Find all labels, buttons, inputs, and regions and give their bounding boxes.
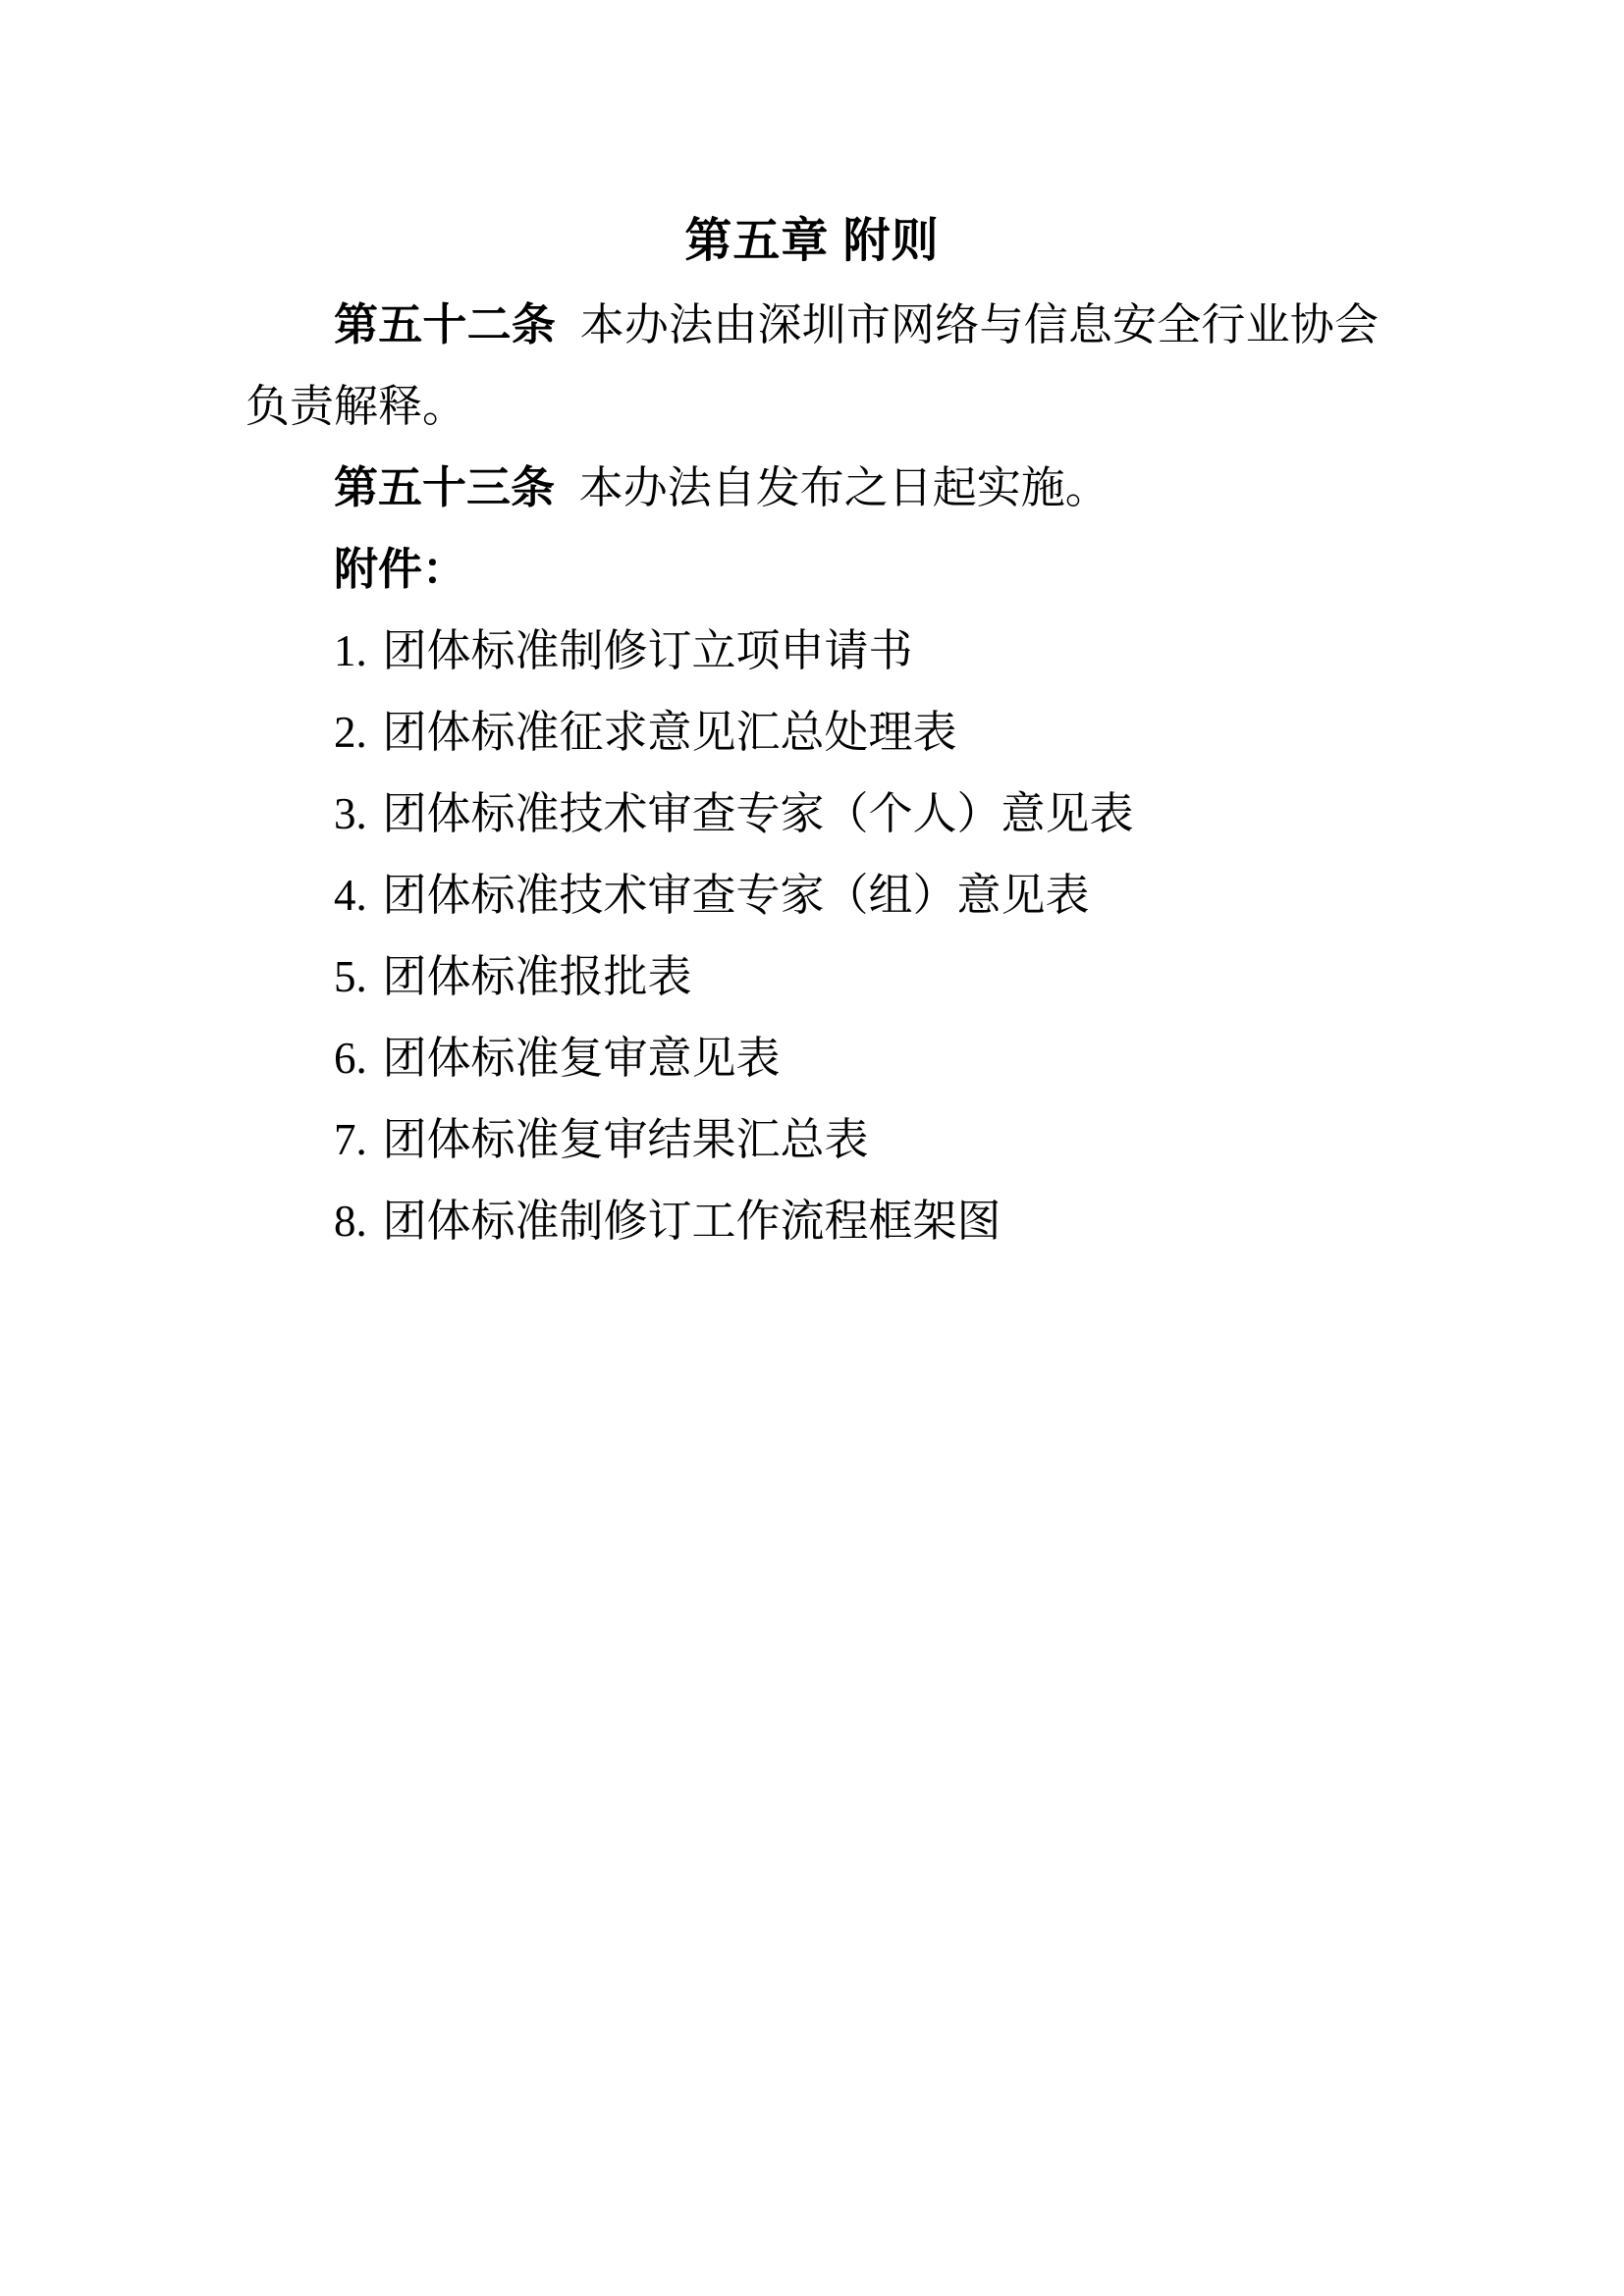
attachment-index: 7.: [334, 1115, 367, 1164]
attachment-title: 团体标准技术审查专家（个人）意见表: [383, 789, 1134, 838]
attachment-title: 团体标准复审结果汇总表: [383, 1115, 869, 1164]
attachment-title: 团体标准报批表: [383, 952, 692, 1001]
attachment-title: 团体标准制修订工作流程框架图: [383, 1197, 1001, 1246]
attachment-index: 8.: [334, 1197, 367, 1246]
attachment-item: 3.团体标准技术审查专家（个人）意见表: [245, 774, 1379, 855]
attachment-item: 2.团体标准征求意见汇总处理表: [245, 692, 1379, 774]
attachment-title: 团体标准征求意见汇总处理表: [383, 708, 957, 757]
attachment-item: 1.团体标准制修订立项申请书: [245, 611, 1379, 692]
attachment-item: 6.团体标准复审意见表: [245, 1018, 1379, 1099]
article-52: 第五十二条本办法由深圳市网络与信息安全行业协会负责解释。: [245, 285, 1379, 448]
attachments-label: 附件：: [245, 529, 1379, 611]
attachment-index: 2.: [334, 708, 367, 757]
attachment-index: 3.: [334, 789, 367, 838]
attachment-index: 5.: [334, 952, 367, 1001]
attachment-title: 团体标准技术审查专家（组）意见表: [383, 871, 1090, 920]
chapter-title: 第五章 附则: [245, 198, 1379, 285]
attachment-index: 4.: [334, 871, 367, 920]
attachment-title: 团体标准制修订立项申请书: [383, 626, 913, 675]
attachment-item: 5.团体标准报批表: [245, 936, 1379, 1018]
attachment-index: 1.: [334, 626, 367, 675]
article-53: 第五十三条本办法自发布之日起实施。: [245, 448, 1379, 529]
attachment-item: 4.团体标准技术审查专家（组）意见表: [245, 855, 1379, 936]
attachment-item: 8.团体标准制修订工作流程框架图: [245, 1181, 1379, 1262]
attachment-title: 团体标准复审意见表: [383, 1034, 781, 1083]
attachment-item: 7.团体标准复审结果汇总表: [245, 1099, 1379, 1181]
document-content: 第五章 附则 第五十二条本办法由深圳市网络与信息安全行业协会负责解释。 第五十三…: [0, 0, 1624, 1262]
document-page: 第五章 附则 第五十二条本办法由深圳市网络与信息安全行业协会负责解释。 第五十三…: [0, 0, 1624, 2296]
article-53-text: 本办法自发布之日起实施。: [579, 463, 1110, 512]
attachment-index: 6.: [334, 1034, 367, 1083]
article-52-number: 第五十二条: [334, 300, 556, 349]
attachment-list: 1.团体标准制修订立项申请书 2.团体标准征求意见汇总处理表 3.团体标准技术审…: [245, 611, 1379, 1262]
article-53-number: 第五十三条: [334, 463, 555, 512]
